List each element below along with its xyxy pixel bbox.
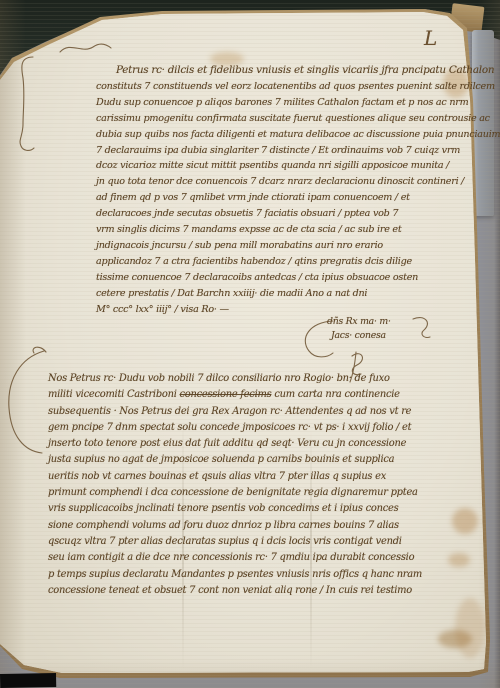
cancelled-text: concessione fecims [180, 389, 272, 400]
manuscript-line: dubia sup quibs nos facta diligenti et m… [96, 127, 462, 143]
manuscript-line: Dudu sup conuencoe p aliqos barones 7 mi… [96, 95, 462, 111]
manuscript-line: subsequentis · Nos Petrus dei gra Rex Ar… [48, 404, 466, 420]
manuscript-line: gem pncipe 7 dnm spectat solu concede jm… [48, 420, 466, 436]
manuscript-line: M° ccc° lxx° iiij° / visa Ro· — [96, 302, 462, 318]
chancery-note: dñs Rx ma· m· Jacs· conesa [327, 315, 391, 343]
manuscript-line: vrm singlis dicims 7 mandams expsse ac d… [96, 222, 462, 238]
manuscript-line: militi vicecomiti Castriboni concessione… [48, 387, 466, 403]
manuscript-line: ad finem qd p vos 7 qmlibet vrm jnde cti… [96, 190, 462, 206]
black-cover-corner [0, 673, 56, 688]
chancery-note-line: dñs Rx ma· m· [327, 315, 391, 329]
manuscript-line: applicandoz 7 a ctra facientibs habendoz… [96, 254, 462, 270]
manuscript-photo: L Petrus rc· dilcis et fidelibus vniusis… [0, 0, 500, 688]
manuscript-line: concessione teneat et obsuet 7 cont non … [48, 583, 466, 599]
line-segment: cum carta nra continencie [271, 389, 399, 400]
manuscript-line: p temps supius declaratu Mandantes p pse… [48, 567, 466, 583]
manuscript-line: jnserto toto tenore post eius dat fuit a… [48, 436, 466, 452]
manuscript-line: jndignacois jncursu / sub pena mill mora… [96, 238, 462, 254]
manuscript-line: qscuqz vltra 7 pter alias declaratas sup… [48, 534, 466, 550]
line-segment: militi vicecomiti Castriboni [48, 389, 180, 400]
manuscript-line: cetere prestatis / Dat Barchn xxiiij· di… [96, 286, 462, 302]
paragraph-2: Nos Petrus rc· Dudu vob nobili 7 dilco c… [48, 371, 466, 599]
manuscript-line: ueritis nob vt carnes bouinas et qsuis a… [48, 469, 466, 485]
paragraph-1: Petrus rc· dilcis et fidelibus vniusis e… [96, 63, 462, 318]
manuscript-line: 7 declarauims ipa dubia singlariter 7 di… [96, 143, 462, 159]
manuscript-line: Nos Petrus rc· Dudu vob nobili 7 dilco c… [48, 371, 466, 387]
manuscript-line: constituts 7 constituends vel eorz locat… [96, 79, 462, 95]
manuscript-line: vris supplicacoibs jnclinati tenore psen… [48, 501, 466, 517]
manuscript-line: jn quo tota tenor dce conuencois 7 dcarz… [96, 174, 462, 190]
scribe-signature: Jacs· conesa [327, 329, 391, 343]
manuscript-line: sione comphendi volums ad foru duoz dnri… [48, 518, 466, 534]
folio-number: L [424, 26, 437, 50]
manuscript-line: declaracoes jnde secutas obsuetis 7 faci… [96, 206, 462, 222]
manuscript-line: justa supius no agat de jmposicoe soluen… [48, 452, 466, 468]
manuscript-line: Petrus rc· dilcis et fidelibus vniusis e… [96, 63, 462, 79]
manuscript-line: tissime conuencoe 7 declaracoibs antedca… [96, 270, 462, 286]
manuscript-line: seu iam contigit a die dce nre concessio… [48, 550, 466, 566]
manuscript-line: carissimu pmogenitu confirmata suscitate… [96, 111, 462, 127]
manuscript-line: primunt comphendi i dca concessione de b… [48, 485, 466, 501]
manuscript-line: dcoz vicarioz mitte sicut mittit psentib… [96, 158, 462, 174]
